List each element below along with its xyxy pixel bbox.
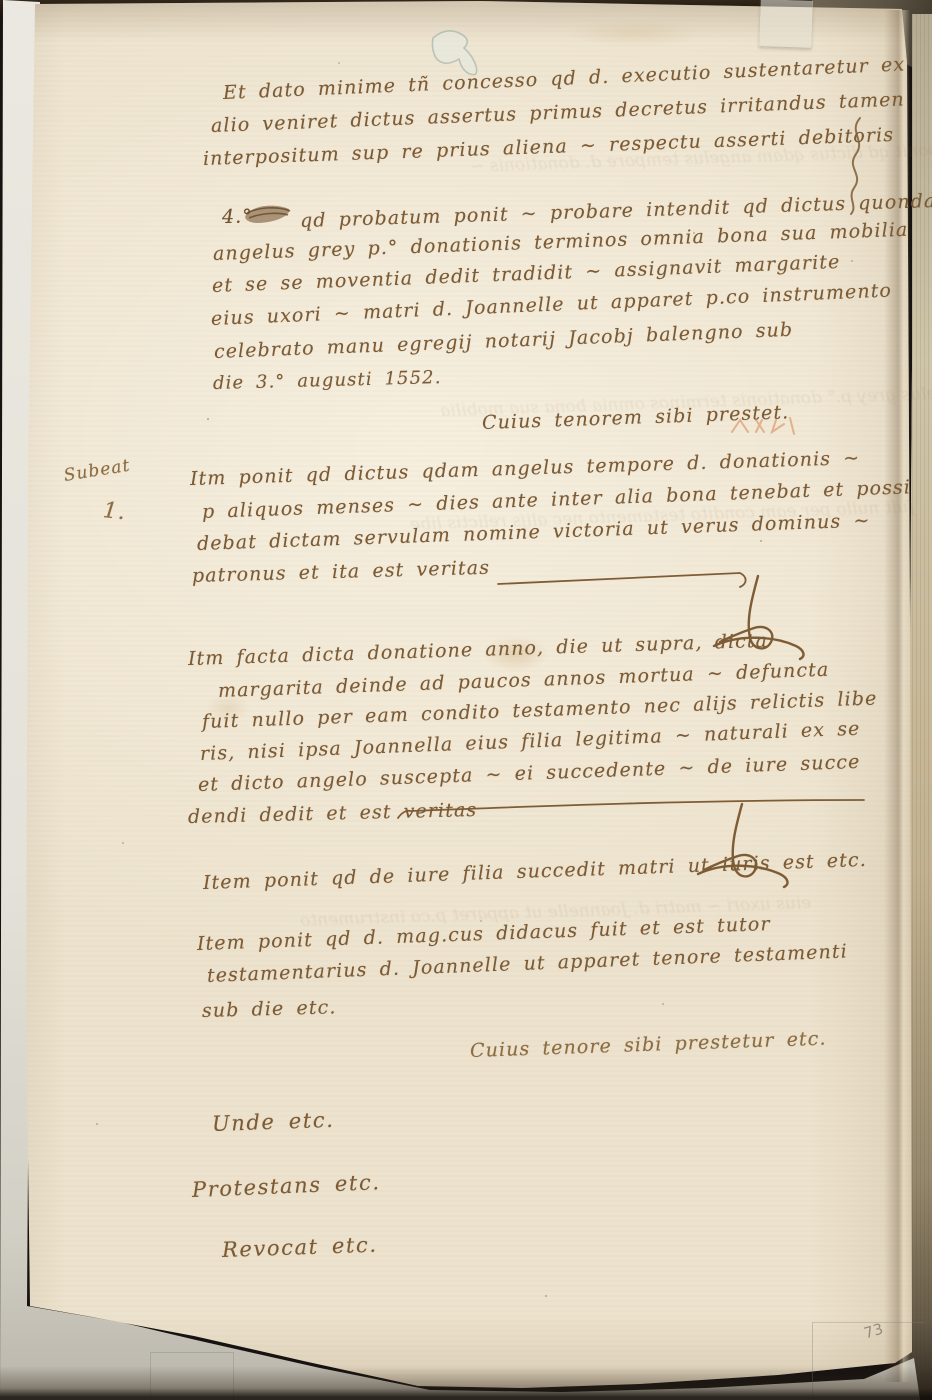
paragraph6-line3: sub die etc. bbox=[202, 996, 337, 1022]
closing-unde: Unde etc. bbox=[212, 1108, 335, 1136]
gutter-crease bbox=[884, 10, 910, 1382]
manuscript-scan: angelus grey p.° donationis terminos omn… bbox=[0, 0, 932, 1400]
foxing-speckles bbox=[207, 418, 209, 420]
paragraph2-article-number: 4.° bbox=[222, 205, 253, 228]
adhesive-tape bbox=[759, 0, 813, 49]
margin-item-tick: 1. bbox=[102, 498, 128, 525]
